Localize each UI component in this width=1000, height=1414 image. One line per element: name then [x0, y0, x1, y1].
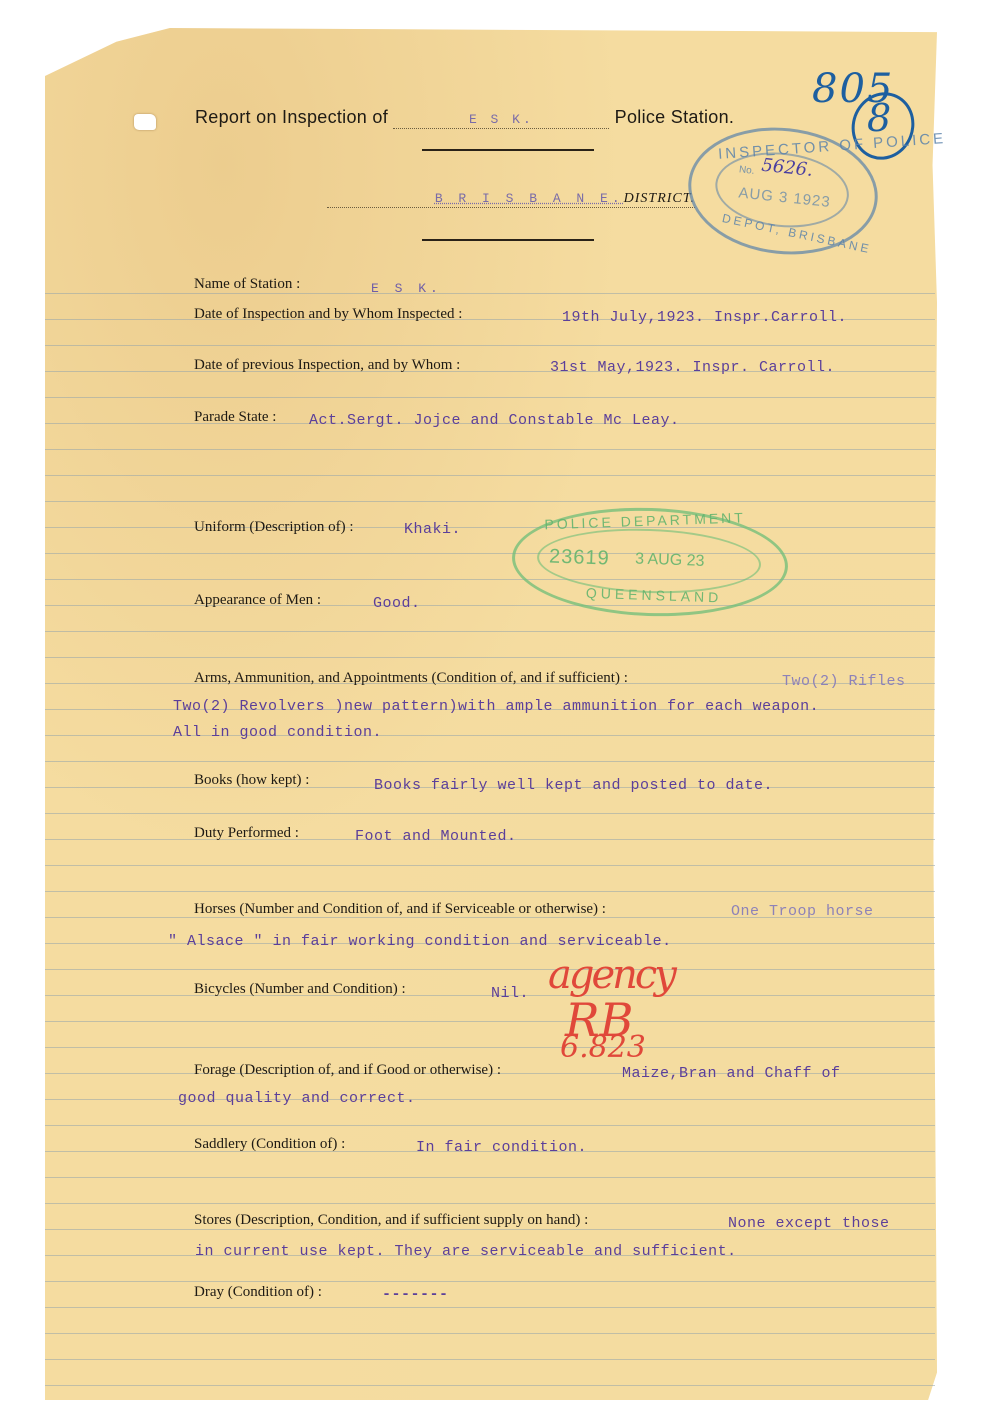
district-underline: [422, 239, 594, 241]
title-underline: [422, 149, 594, 151]
field-label: Appearance of Men :: [194, 592, 321, 608]
punch-hole: [134, 114, 156, 130]
field-label: Horses (Number and Condition of, and if …: [194, 901, 606, 917]
field-value: Foot and Mounted.: [355, 828, 517, 845]
district-line: B R I S B A N E.DISTRICT.: [327, 190, 695, 208]
field-label: Parade State :: [194, 409, 276, 425]
field-label: Name of Station :: [194, 276, 300, 292]
title-prefix: Report on Inspection of: [195, 107, 388, 127]
field-value: 19th July,1923. Inspr.Carroll.: [562, 309, 847, 326]
red-number: 6.823: [560, 1030, 646, 1065]
green-stamp-bottom-text: QUEENSLAND: [586, 585, 723, 606]
field-value: One Troop horse: [731, 903, 874, 920]
station-blank: E S K.: [393, 107, 609, 129]
field-value: Nil.: [491, 985, 529, 1002]
field-value: E S K.: [371, 281, 442, 296]
field-label: Uniform (Description of) :: [194, 519, 354, 535]
field-label: Duty Performed :: [194, 825, 299, 841]
title-suffix: Police Station.: [615, 107, 735, 127]
field-label: Stores (Description, Condition, and if s…: [194, 1212, 588, 1228]
field-value: 31st May,1923. Inspr. Carroll.: [550, 359, 835, 376]
field-label: Forage (Description of, and if Good or o…: [194, 1062, 501, 1078]
field-appearance: Appearance of Men :: [194, 592, 321, 609]
field-previous-inspection: Date of previous Inspection, and by Whom…: [194, 357, 460, 374]
field-label: Date of previous Inspection, and by Whom…: [194, 357, 460, 373]
field-uniform: Uniform (Description of) :: [194, 519, 354, 536]
field-continuation: good quality and correct.: [178, 1090, 416, 1107]
field-stores: Stores (Description, Condition, and if s…: [194, 1212, 588, 1229]
field-value: Good.: [373, 595, 421, 612]
field-value: Khaki.: [404, 521, 461, 538]
field-continuation: All in good condition.: [173, 724, 382, 741]
field-horses: Horses (Number and Condition of, and if …: [194, 901, 606, 918]
field-label: Dray (Condition of) :: [194, 1284, 322, 1300]
district-blank: B R I S B A N E.DISTRICT.: [327, 190, 695, 208]
field-saddlery: Saddlery (Condition of) :: [194, 1136, 345, 1153]
field-continuation: " Alsace " in fair working condition and…: [168, 933, 672, 950]
field-label: Date of Inspection and by Whom Inspected…: [194, 306, 462, 322]
field-duty-performed: Duty Performed :: [194, 825, 299, 842]
field-continuation: Two(2) Revolvers )new pattern)with ample…: [173, 698, 819, 715]
field-value: Two(2) Rifles: [782, 673, 906, 690]
report-title: Report on Inspection of E S K. Police St…: [195, 107, 734, 129]
field-value: Maize,Bran and Chaff of: [622, 1065, 841, 1082]
field-label: Bicycles (Number and Condition) :: [194, 981, 406, 997]
district-label: DISTRICT.: [624, 191, 695, 206]
district-filled: B R I S B A N E.: [435, 191, 624, 206]
field-label: Saddlery (Condition of) :: [194, 1136, 345, 1152]
field-name-of-station: Name of Station :: [194, 276, 300, 293]
field-value: None except those: [728, 1215, 890, 1232]
field-value: Act.Sergt. Jojce and Constable Mc Leay.: [309, 412, 680, 429]
field-bicycles: Bicycles (Number and Condition) :: [194, 981, 406, 998]
station-filled: E S K.: [469, 112, 534, 127]
field-dray: Dray (Condition of) :: [194, 1284, 322, 1301]
field-books: Books (how kept) :: [194, 772, 309, 789]
field-continuation: in current use kept. They are serviceabl…: [195, 1243, 737, 1260]
field-value: -------: [382, 1286, 449, 1303]
field-value: Books fairly well kept and posted to dat…: [374, 777, 773, 794]
field-forage: Forage (Description of, and if Good or o…: [194, 1062, 501, 1079]
field-label: Arms, Ammunition, and Appointments (Cond…: [194, 670, 628, 686]
stamp-no-label: No.: [738, 164, 755, 177]
green-stamp-date: 3 AUG 23: [635, 550, 705, 570]
red-signature: agency: [548, 952, 674, 998]
field-label: Books (how kept) :: [194, 772, 309, 788]
field-date-of-inspection: Date of Inspection and by Whom Inspected…: [194, 306, 462, 323]
green-stamp-number: 23619: [549, 545, 610, 570]
field-arms: Arms, Ammunition, and Appointments (Cond…: [194, 670, 628, 687]
field-parade-state: Parade State :: [194, 409, 276, 426]
field-value: In fair condition.: [416, 1139, 587, 1156]
